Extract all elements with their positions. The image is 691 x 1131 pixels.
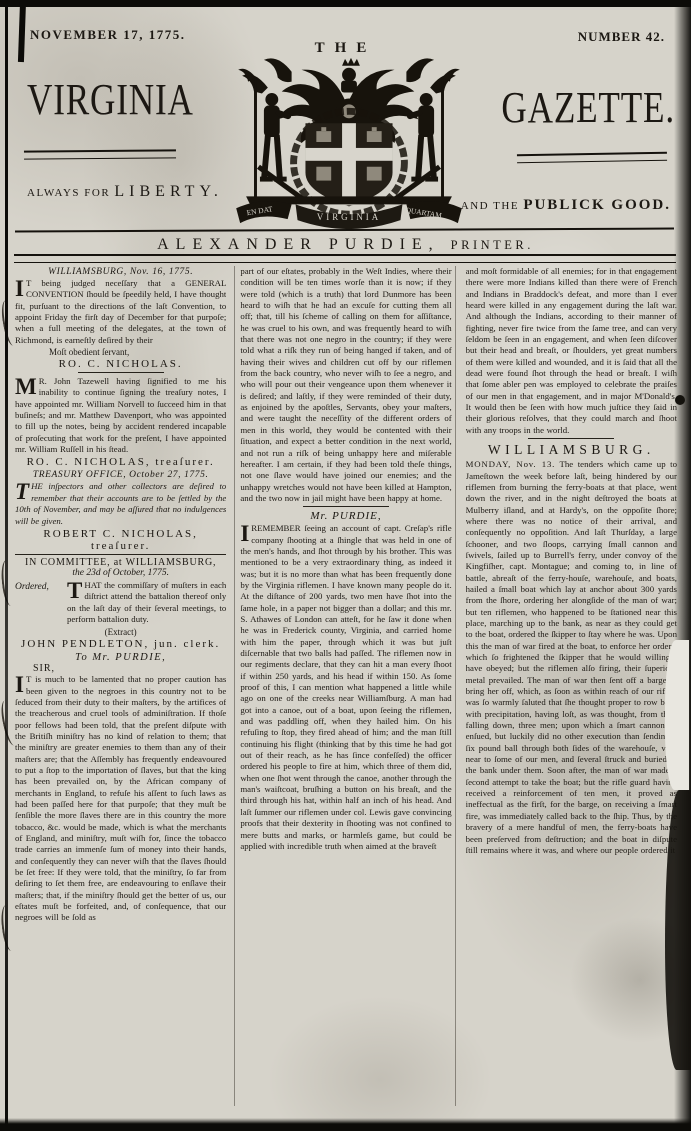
letter-negroes-continued: part of our eſtates, probably in the Weſ… bbox=[240, 266, 451, 504]
heading-williamsburg: WILLIAMSBURG. bbox=[466, 442, 677, 458]
signature-pendleton: JOHN PENDLETON, jun. clerk. bbox=[15, 638, 226, 650]
news-tenders: MONDAY, Nov. 13. The tenders which came … bbox=[466, 459, 677, 856]
printer-rule-bottom bbox=[14, 254, 676, 263]
scan-edge-left bbox=[5, 0, 8, 1131]
printer-line: ALEXANDER PURDIE, PRINTER. bbox=[157, 236, 534, 254]
notice-treasury-notes: MR. John Tazewell having ſignified to me… bbox=[15, 376, 226, 455]
column-3: and moſt formidable of all enemies; for … bbox=[466, 266, 677, 1112]
drop-cap: I bbox=[240, 523, 251, 543]
closing-line: Moſt obedient ſervant, bbox=[49, 347, 226, 357]
heading-mr-purdie: Mr. PURDIE, bbox=[240, 510, 451, 522]
drop-cap: T bbox=[15, 481, 31, 501]
drop-cap: T bbox=[67, 580, 84, 600]
dateline-williamsburg: WILLIAMSBURG, Nov. 16, 1775. bbox=[15, 267, 226, 277]
column-1: WILLIAMSBURG, Nov. 16, 1775. IT being ju… bbox=[15, 266, 226, 1112]
scan-edge-bottom bbox=[0, 1118, 691, 1131]
news-dateline: MONDAY, Nov. 13. bbox=[466, 459, 556, 469]
letter-riflemen: IREMEMBER ſeeing an account of capt. Cre… bbox=[240, 523, 451, 852]
letter-negroes: IT is much to be lamented that no proper… bbox=[15, 674, 226, 924]
colonial-arms-crest: EN DAT VIRGINIA QUARTAM bbox=[230, 48, 468, 236]
drop-cap: I bbox=[15, 674, 26, 694]
scan-edge-top bbox=[0, 0, 691, 7]
crest-motto-center: VIRGINIA bbox=[317, 212, 381, 222]
letter-riflemen-continued: and moſt formidable of all enemies; for … bbox=[466, 266, 677, 436]
signature-nicholas: RO. C. NICHOLAS. bbox=[15, 358, 226, 370]
newspaper-page: NOVEMBER 17, 1775. THE NUMBER 42. VIRGIN… bbox=[0, 0, 691, 1131]
committee-heading: IN COMMITTEE, at WILLIAMSBURG, bbox=[15, 554, 226, 568]
issue-number: NUMBER 42. bbox=[578, 29, 665, 45]
crest-illustration: EN DAT VIRGINIA QUARTAM bbox=[230, 48, 468, 236]
letter-address: To Mr. PURDIE, bbox=[15, 652, 226, 663]
signature-robert-nicholas: ROBERT C. NICHOLAS, treaſurer. bbox=[15, 528, 226, 552]
ink-spot bbox=[675, 395, 685, 405]
dateline-treasury-office: TREASURY OFFICE, October 27, 1775. bbox=[15, 470, 226, 480]
notice-collectors: THE inſpectors and other collectors are … bbox=[15, 481, 226, 526]
section-rule bbox=[78, 372, 164, 373]
extract-label: (Extract) bbox=[15, 627, 226, 637]
title-gazette: GAZETTE. bbox=[501, 82, 675, 133]
slogan-liberty-word: LIBERTY. bbox=[114, 183, 223, 200]
article-columns: WILLIAMSBURG, Nov. 16, 1775. IT being ju… bbox=[15, 266, 677, 1112]
section-rule bbox=[303, 506, 389, 507]
column-2: part of our eſtates, probably in the Weſ… bbox=[240, 266, 451, 1112]
slogan-liberty: ALWAYS FOR LIBERTY. bbox=[27, 183, 223, 201]
issue-date: NOVEMBER 17, 1775. bbox=[30, 27, 186, 43]
drop-cap: I bbox=[15, 278, 26, 298]
printer-name: ALEXANDER PURDIE, bbox=[157, 236, 440, 253]
torn-paper-patch bbox=[665, 640, 689, 790]
salutation: SIR, bbox=[33, 663, 226, 674]
ordered-label: Ordered, bbox=[15, 580, 67, 626]
slogan-publick-word: PUBLICK GOOD. bbox=[523, 197, 671, 213]
slogan-publick-prefix: AND THE bbox=[461, 200, 519, 212]
scan-blotch bbox=[665, 790, 691, 1070]
printer-title: PRINTER. bbox=[451, 238, 534, 252]
section-rule bbox=[528, 438, 614, 439]
drop-cap: M bbox=[15, 376, 39, 396]
ordered-text: THAT the commiſſary of muſters in each d… bbox=[67, 580, 226, 625]
slogan-publick-good: AND THE PUBLICK GOOD. bbox=[461, 197, 671, 214]
notice-convention: IT being judged neceſſary that a GENERAL… bbox=[15, 278, 226, 346]
signature-nicholas-treasurer: RO. C. NICHOLAS, treaſurer. bbox=[15, 456, 226, 468]
committee-date: the 23d of October, 1775. bbox=[15, 568, 226, 578]
ordered-block: Ordered, THAT the commiſſary of muſters … bbox=[15, 580, 226, 626]
masthead-rule-left bbox=[24, 149, 176, 159]
slogan-liberty-prefix: ALWAYS FOR bbox=[27, 187, 110, 199]
title-virginia: VIRGINIA bbox=[27, 74, 194, 125]
masthead-rule-right bbox=[517, 152, 667, 164]
